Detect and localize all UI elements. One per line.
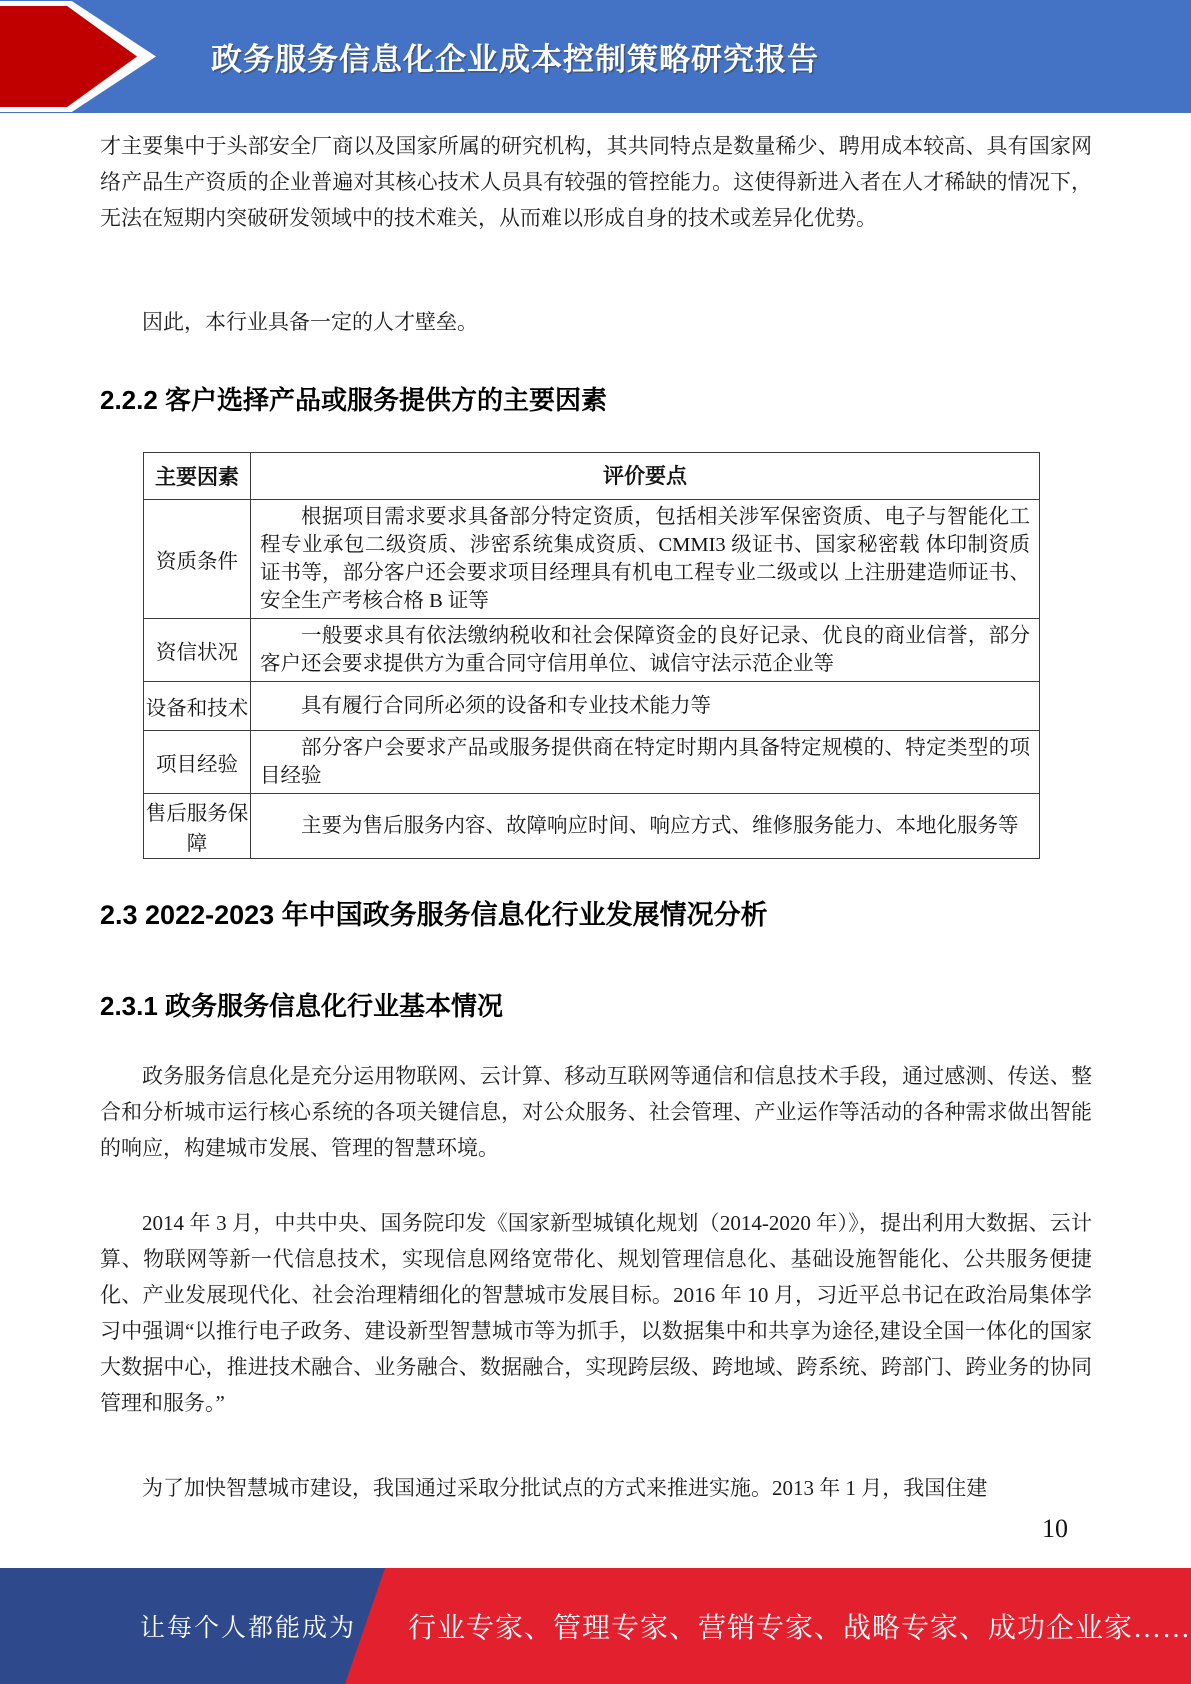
table-row: 资信状况 一般要求具有依法缴纳税收和社会保障资金的良好记录、优良的商业信誉，部分… (144, 619, 1040, 682)
chevron-arrow-icon (0, 6, 137, 107)
factor-cell: 资质条件 (144, 500, 251, 619)
paragraph-policy: 2014 年 3 月，中共中央、国务院印发《国家新型城镇化规划（2014-202… (100, 1205, 1092, 1421)
factor-cell: 项目经验 (144, 731, 251, 794)
detail-cell: 具有履行合同所必须的设备和专业技术能力等 (251, 682, 1040, 731)
factor-table: 主要因素 评价要点 资质条件 根据项目需求要求具备部分特定资质，包括相关涉军保密… (143, 452, 1040, 859)
table-header-detail: 评价要点 (251, 453, 1040, 500)
detail-cell: 部分客户会要求产品或服务提供商在特定时期内具备特定规模的、特定类型的项目经验 (251, 731, 1040, 794)
report-page: 政务服务信息化企业成本控制策略研究报告 才主要集中于头部安全厂商以及国家所属的研… (0, 0, 1191, 1684)
section-heading-2-3-1: 2.3.1 政务服务信息化行业基本情况 (100, 986, 1100, 1023)
page-number: 10 (1020, 1514, 1090, 1544)
factor-cell: 资信状况 (144, 619, 251, 682)
detail-cell: 主要为售后服务内容、故障响应时间、响应方式、维修服务能力、本地化服务等 (251, 794, 1040, 859)
paragraph-pilot: 为了加快智慧城市建设，我国通过采取分批试点的方式来推进实施。2013 年 1 月… (100, 1470, 1092, 1506)
report-title: 政务服务信息化企业成本控制策略研究报告 (170, 0, 860, 113)
table-row: 资质条件 根据项目需求要求具备部分特定资质，包括相关涉军保密资质、电子与智能化工… (144, 500, 1040, 619)
table-row: 售后服务保障 主要为售后服务内容、故障响应时间、响应方式、维修服务能力、本地化服… (144, 794, 1040, 859)
factor-cell: 设备和技术 (144, 682, 251, 731)
footer-slogan-right: 行业专家、管理专家、营销专家、战略专家、成功企业家…… (408, 1568, 1191, 1684)
detail-cell: 根据项目需求要求具备部分特定资质，包括相关涉军保密资质、电子与智能化工程专业承包… (251, 500, 1040, 619)
table-header-factor: 主要因素 (144, 453, 251, 500)
detail-cell: 一般要求具有依法缴纳税收和社会保障资金的良好记录、优良的商业信誉，部分客户还会要… (251, 619, 1040, 682)
table-row: 项目经验 部分客户会要求产品或服务提供商在特定时期内具备特定规模的、特定类型的项… (144, 731, 1040, 794)
footer-slogan-left: 让每个人都能成为 (140, 1568, 356, 1684)
table-header-row: 主要因素 评价要点 (144, 453, 1040, 500)
header-band: 政务服务信息化企业成本控制策略研究报告 (0, 0, 1191, 113)
section-heading-2-2-2: 2.2.2 客户选择产品或服务提供方的主要因素 (100, 380, 1100, 417)
footer-band: 让每个人都能成为 行业专家、管理专家、营销专家、战略专家、成功企业家…… (0, 1568, 1191, 1684)
factor-cell: 售后服务保障 (144, 794, 251, 859)
paragraph-conclusion: 因此，本行业具备一定的人才壁垒。 (100, 304, 1092, 340)
table-row: 设备和技术 具有履行合同所必须的设备和专业技术能力等 (144, 682, 1040, 731)
paragraph-talent-barrier: 才主要集中于头部安全厂商以及国家所属的研究机构，其共同特点是数量稀少、聘用成本较… (100, 128, 1092, 236)
section-heading-2-3: 2.3 2022-2023 年中国政务服务信息化行业发展情况分析 (100, 893, 1100, 932)
paragraph-definition: 政务服务信息化是充分运用物联网、云计算、移动互联网等通信和信息技术手段，通过感测… (100, 1058, 1092, 1166)
